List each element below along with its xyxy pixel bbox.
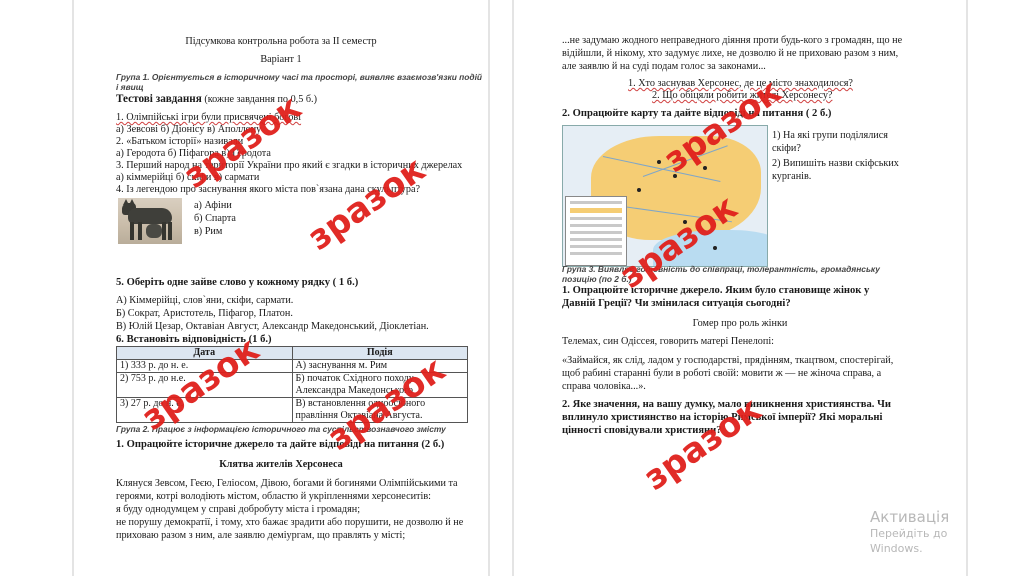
capitoline-wolf-image [118,198,182,244]
question-4-option-a: а) Афіни [194,200,232,213]
group-3-question-2-heading: 2. Яке значення, на вашу думку, мало вин… [562,398,922,437]
question-5-row-a: А) Кіммерійці, слов`яни, скіфи, сармати. [116,295,293,308]
question-1-answers: а) Зевсові б) Діонісу в) Аполлону [116,124,261,137]
question-2: 2. «Батьком історії» називали [116,136,243,149]
table-cell-date: 2) 753 р. до н.е. [117,373,293,398]
homer-quote-line: справа чоловіка...». [562,381,646,394]
homer-quote-line: щоб рабині старанні були в роботі своїй:… [562,368,881,381]
question-5-row-b: Б) Сократ, Аристотель, Піфагор, Платон. [116,308,293,321]
question-1: 1. Олімпійські ігри були присвячені бого… [116,112,301,125]
question-4-option-b: б) Спарта [194,213,236,226]
windows-activation-notice: Активація Перейдіть до Windows. [870,508,949,556]
activation-line: Windows. [870,541,949,556]
table-cell-date: 1) 333 р. до н. е. [117,360,293,373]
table-cell-event: В) встановлення одноосібного правління О… [292,398,468,423]
group-3-heading: Група 3. Виявляє готовність до співпраці… [562,264,892,284]
table-header-date: Дата [117,347,293,360]
homer-title: Гомер про роль жінки [514,318,966,331]
document-title: Підсумкова контрольна робота за ІІ семес… [74,36,488,49]
oath-continuation-line: ...не задумаю жодного неправедного діянн… [562,35,902,48]
oath-line: приховаю разом з ним, але заявлю деміург… [116,530,405,543]
oath-question-1: 1. Хто заснував Херсонес, де це місто зн… [628,78,853,91]
group-2-question-2-heading: 2. Опрацюйте карту та дайте відповіді на… [562,107,831,120]
test-heading: Тестові завдання (кожне завдання по 0,5 … [116,93,317,107]
table-row: 1) 333 р. до н. е. А) заснування м. Рим [117,360,468,373]
oath-continuation-line: відійшли, й нікому, хто задумує лихе, не… [562,48,898,61]
oath-line: Клянуся Зевсом, Геєю, Геліосом, Дівою, б… [116,478,458,491]
test-heading-points: (кожне завдання по 0,5 б.) [202,94,317,105]
question-5-row-c: В) Юлій Цезар, Октавіан Август, Александ… [116,321,429,334]
question-2-answers: а) Геродота б) Піфагора в) Геродота [116,148,271,161]
page-edge [488,0,490,576]
homer-intro: Телемах, син Одіссея, говорить матері Пе… [562,336,774,349]
document-page-2: ...не задумаю жодного неправедного діянн… [514,0,966,576]
matching-table: Дата Подія 1) 333 р. до н. е. А) заснува… [116,346,468,423]
table-cell-event: Б) початок Східного походу Александра Ма… [292,373,468,398]
page-edge [966,0,968,576]
table-cell-event: А) заснування м. Рим [292,360,468,373]
table-row: 2) 753 р. до н.е. Б) початок Східного по… [117,373,468,398]
homer-quote-line: «Займайся, як слід, ладом у господарстві… [562,355,893,368]
table-row: 3) 27 р. до н. е. В) встановлення одноос… [117,398,468,423]
oath-line: не порушу демократії, і тому, хто бажає … [116,517,463,530]
group-2-question-1-heading: 1. Опрацюйте історичне джерело та дайте … [116,438,444,451]
question-5-heading: 5. Оберіть одне зайве слово у кожному ря… [116,276,358,289]
question-4: 4. Із легендою про заснування якого міст… [116,184,420,197]
question-3: 3. Перший народ на території України про… [116,160,462,173]
activation-line: Перейдіть до [870,526,949,541]
question-4-option-c: в) Рим [194,226,222,239]
table-cell-date: 3) 27 р. до н. е. [117,398,293,423]
question-6-heading: 6. Встановіть відповідність (1 б.) [116,333,272,346]
group-1-heading: Група 1. Орієнтується в історичному часі… [116,72,486,92]
oath-question-2: 2. Що обіцяли робити жителі Херсонесу? [652,90,832,103]
table-header-event: Подія [292,347,468,360]
oath-continuation-line: але заявлю й на суді подам голос за зако… [562,61,766,74]
group-3-question-1-heading: 1. Опрацюйте історичне джерело. Яким бул… [562,284,902,310]
question-3-answers: а) кіммерійці б) скіфи в) сармати [116,172,259,185]
map-question-2: 2) Випишіть назви скіфських курганів. [772,158,912,183]
oath-title: Клятва жителів Херсонеса [74,459,488,472]
oath-line: я буду однодумцем у справі добробуту міс… [116,504,360,517]
activation-title: Активація [870,508,949,526]
test-heading-bold: Тестові завдання [116,93,202,105]
variant-label: Варіант 1 [74,54,488,67]
group-2-heading: Група 2. Працює з інформацією історичног… [116,424,486,434]
map-question-1: 1) На які групи поділялися скіфи? [772,130,912,155]
document-page-1: Підсумкова контрольна робота за ІІ семес… [74,0,488,576]
scythia-map-image [562,125,768,267]
oath-line: героями, котрі володіють містом, областю… [116,491,431,504]
